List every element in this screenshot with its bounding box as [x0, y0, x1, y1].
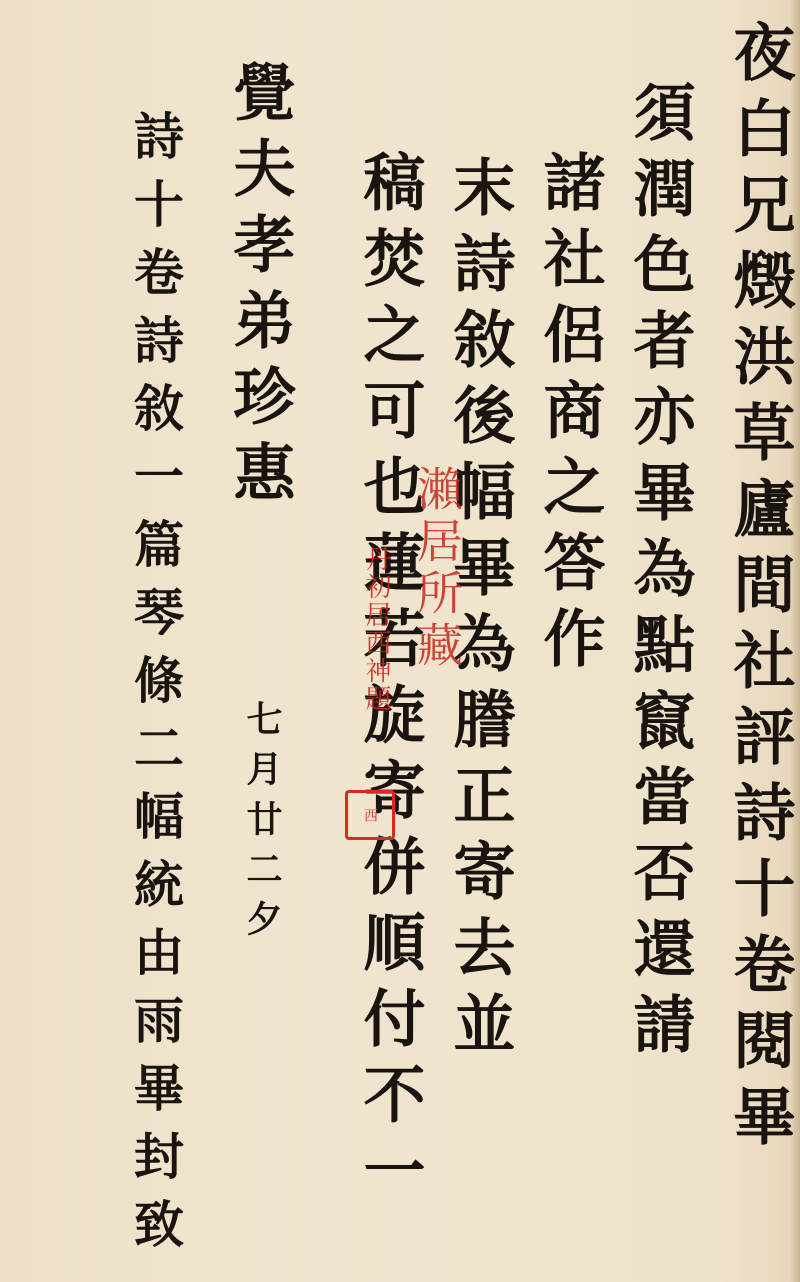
letter-column-2: 須潤色者亦畢為點竄當否還請: [628, 80, 690, 1068]
letter-column-6: 覺夫孝弟珍惠: [228, 60, 290, 516]
red-inscription: 丹初居西神題: [358, 545, 395, 713]
letter-column-3: 諸社侶商之答作: [538, 150, 600, 682]
date-line: 七月廿二夕: [244, 700, 280, 950]
small-square-seal: 西: [345, 790, 395, 840]
collector-seal: 瀨居所藏: [404, 465, 470, 673]
postscript-column: 詩十卷詩敘一篇琴條二幅統由雨畢封致: [130, 110, 180, 1266]
letter-column-1: 夜白兄燬洪草廬間社評詩十卷閱畢: [728, 20, 790, 1160]
